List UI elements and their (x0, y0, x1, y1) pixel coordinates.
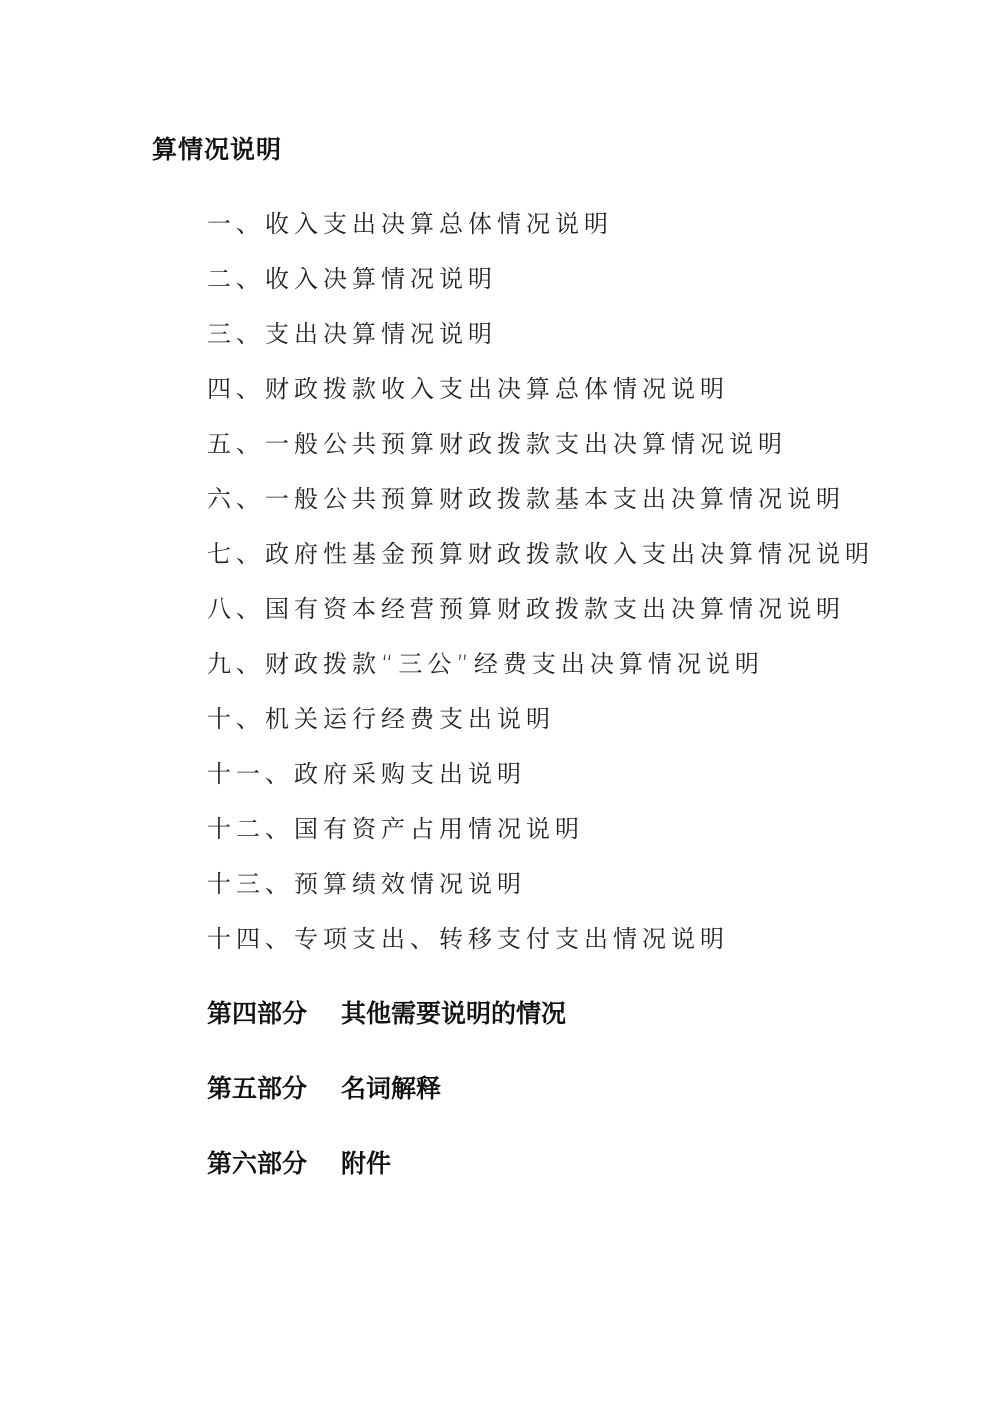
toc-item: 十二、国有资产占用情况说明 (207, 809, 874, 864)
toc-item: 十四、专项支出、转移支付支出情况说明 (207, 919, 874, 974)
part-number: 第四部分 (207, 994, 341, 1034)
part-number: 第五部分 (207, 1069, 341, 1109)
toc-part: 第六部分附件 (207, 1144, 566, 1219)
toc-parts: 第四部分其他需要说明的情况 第五部分名词解释 第六部分附件 (207, 994, 566, 1219)
part-number: 第六部分 (207, 1144, 341, 1184)
section-heading: 算情况说明 (152, 130, 282, 166)
toc-item: 六、一般公共预算财政拨款基本支出决算情况说明 (207, 479, 874, 534)
part-title: 名词解释 (341, 1074, 441, 1103)
toc-item: 七、政府性基金预算财政拨款收入支出决算情况说明 (207, 534, 874, 589)
toc-item: 十、机关运行经费支出说明 (207, 699, 874, 754)
toc-item: 一、收入支出决算总体情况说明 (207, 204, 874, 259)
part-title: 其他需要说明的情况 (341, 999, 566, 1028)
toc-item: 九、财政拨款“三公”经费支出决算情况说明 (207, 644, 874, 699)
toc-item: 十三、预算绩效情况说明 (207, 864, 874, 919)
toc-part: 第五部分名词解释 (207, 1069, 566, 1144)
toc-item: 五、一般公共预算财政拨款支出决算情况说明 (207, 424, 874, 479)
toc-item: 二、收入决算情况说明 (207, 259, 874, 314)
toc-items: 一、收入支出决算总体情况说明 二、收入决算情况说明 三、支出决算情况说明 四、财… (207, 204, 874, 974)
toc-item: 四、财政拨款收入支出决算总体情况说明 (207, 369, 874, 424)
toc-item: 十一、政府采购支出说明 (207, 754, 874, 809)
toc-part: 第四部分其他需要说明的情况 (207, 994, 566, 1069)
toc-item: 三、支出决算情况说明 (207, 314, 874, 369)
toc-item: 八、国有资本经营预算财政拨款支出决算情况说明 (207, 589, 874, 644)
part-title: 附件 (341, 1149, 391, 1178)
